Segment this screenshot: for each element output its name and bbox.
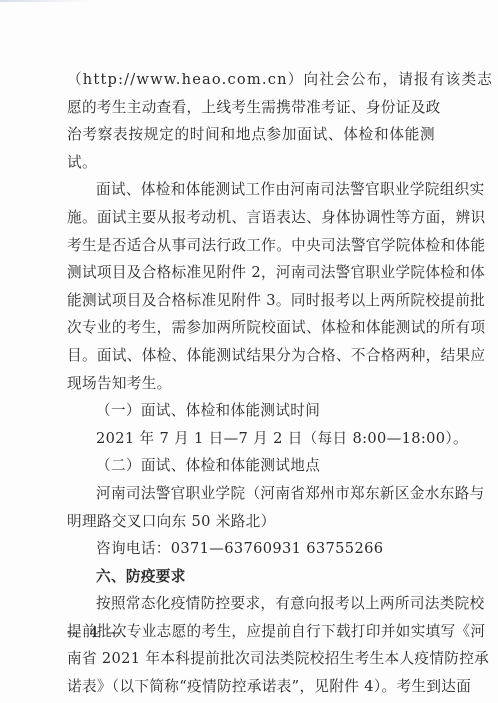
paragraph-interview-start: 面试、体检和体能测试工作由河南司法警官职业学院组织实 bbox=[67, 176, 435, 204]
text-line: 试。 bbox=[67, 149, 435, 177]
text-line: 现场告知考生。 bbox=[67, 370, 435, 398]
text-line: 考生是否适合从事司法行政工作。中央司法警官学院体检和体能 bbox=[67, 232, 435, 260]
document-body: （http://www.heao.com.cn）向社会公布，请报有该类志 愿的考… bbox=[67, 66, 435, 701]
test-location-address: 河南司法警官职业学院（河南省郑州市郑东新区金水东路与 bbox=[67, 480, 435, 508]
text-line: 次专业的考生，需参加两所院校面试、体检和体能测试的所有项 bbox=[67, 314, 435, 342]
page-edge-shadow bbox=[0, 0, 90, 2]
subheading-test-time: （一）面试、体检和体能测试时间 bbox=[67, 397, 435, 425]
subheading-test-location: （二）面试、体检和体能测试地点 bbox=[67, 452, 435, 480]
section-heading-epidemic-prevention: 六、防疫要求 bbox=[67, 563, 435, 591]
text-line: 南省 2021 年本科提前批次司法类院校招生考生本人疫情防控承 bbox=[67, 645, 435, 673]
text-line: 能测试项目及合格标准见附件 3。同时报考以上两所院校提前批 bbox=[67, 287, 435, 315]
contact-phone: 咨询电话：0371—63760931 63755266 bbox=[67, 535, 435, 563]
text-line: 目。面试、体检、体能测试结果分为合格、不合格两种，结果应 bbox=[67, 342, 435, 370]
paragraph-epidemic-start: 按照常态化疫情防控要求，有意向报考以上两所司法类院校 bbox=[67, 590, 435, 618]
text-line: 愿的考生主动查看，上线考生需携带准考证、身份证及政 bbox=[67, 94, 435, 122]
text-line: 诺表》（以下简称“疫情防控承诺表”，见附件 4）。考生到达面 bbox=[67, 673, 435, 701]
page-number: — 4 — bbox=[67, 623, 123, 643]
text-line: 测试项目及合格标准见附件 2，河南司法警官职业学院体检和体 bbox=[67, 259, 435, 287]
text-line: 施。面试主要从报考动机、言语表达、身体协调性等方面，辨识 bbox=[67, 204, 435, 232]
text-line-url: （http://www.heao.com.cn）向社会公布，请报有该类志 bbox=[67, 66, 435, 94]
test-location-address-cont: 明理路交叉口向东 50 米路北） bbox=[67, 508, 435, 536]
document-page: （http://www.heao.com.cn）向社会公布，请报有该类志 愿的考… bbox=[0, 0, 498, 703]
test-date-range: 2021 年 7 月 1 日—7 月 2 日（每日 8:00—18:00）。 bbox=[67, 425, 435, 453]
text-line: 治考察表按规定的时间和地点参加面试、体检和体能测 bbox=[67, 121, 435, 149]
